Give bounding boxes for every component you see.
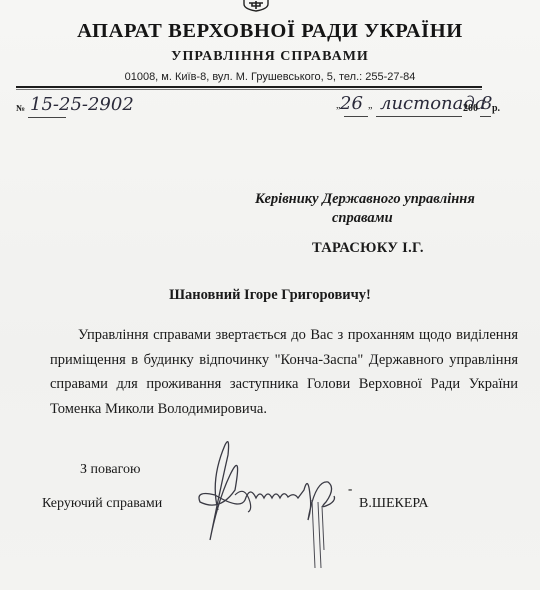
trident-emblem-icon — [236, 0, 276, 12]
letter-page: АПАРАТ ВЕРХОВНОЇ РАДИ УКРАЇНИ УПРАВЛІННЯ… — [0, 0, 540, 590]
registration-number-label: № — [16, 103, 25, 113]
closing-phrase: З повагою — [80, 462, 141, 478]
date-month-underline — [376, 116, 462, 117]
body-paragraph: Управління справами звертається до Вас з… — [50, 327, 518, 417]
letterhead-rule-thin — [16, 89, 482, 90]
addressee-name: ТАРАСЮКУ І.Г. — [312, 240, 424, 257]
addressee-line-2: справами — [255, 209, 540, 228]
date-day-underline — [344, 116, 368, 117]
addressee-line-1: Керівнику Державного управління — [255, 190, 540, 209]
handwritten-signature-icon — [190, 440, 360, 570]
date-year-suffix: 8 — [481, 93, 492, 114]
date-close-quote: „ — [368, 100, 372, 111]
organization-address: 01008, м. Київ-8, вул. М. Грушевського, … — [0, 71, 540, 83]
letter-body: Управління справами звертається до Вас з… — [50, 323, 518, 421]
date-year-prefix: 200 — [463, 103, 478, 114]
date-year-label: р. — [492, 103, 500, 114]
organization-title: АПАРАТ ВЕРХОВНОЇ РАДИ УКРАЇНИ — [0, 20, 540, 43]
signature-dash: - — [348, 481, 352, 497]
registration-underline — [28, 117, 66, 118]
date-year-underline — [480, 116, 491, 117]
department-title: УПРАВЛІННЯ СПРАВАМИ — [0, 49, 540, 65]
salutation: Шановний Ігоре Григоровичу! — [0, 287, 540, 304]
signer-title: Керуючий справами — [42, 496, 162, 512]
date-day: 26 — [340, 93, 363, 114]
letterhead-rule — [16, 86, 482, 88]
addressee-position: Керівнику Державного управління справами — [255, 190, 540, 228]
registration-number: 15-25-2902 — [30, 94, 140, 115]
signer-name: В.ШЕКЕРА — [359, 496, 429, 512]
